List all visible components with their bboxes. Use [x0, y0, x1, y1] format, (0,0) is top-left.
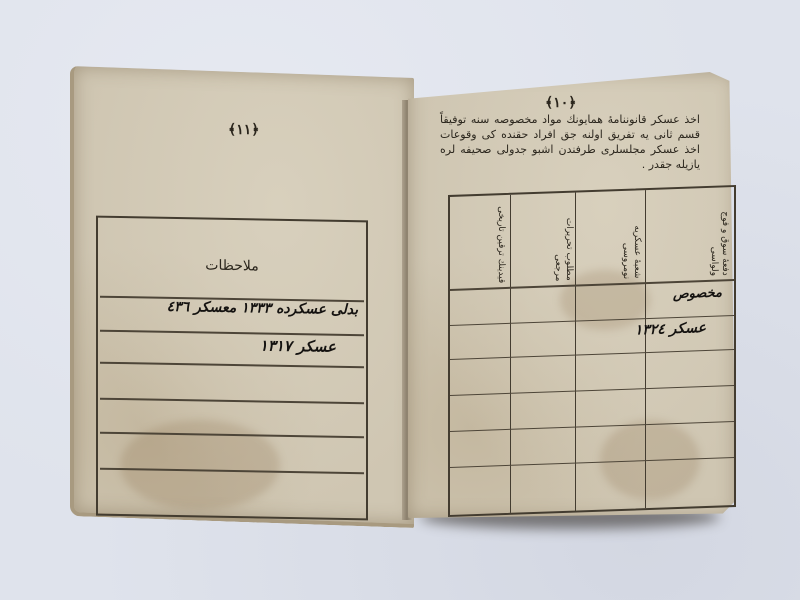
ruled-line: [100, 330, 364, 337]
notes-title: ملاحظات: [98, 256, 366, 277]
ruled-line: [100, 362, 364, 369]
header-paragraph: اخذ عسکر قانوننامهٔ همایونك مواد مخصوصه …: [440, 112, 700, 172]
left-page-number: ﴿١١﴾: [228, 122, 259, 138]
column-header: مطلوب تحریرات مرجعی: [516, 201, 574, 283]
handwritten-entry-1: مخصوص: [673, 285, 722, 302]
column-header: شعبهٔ عسکریه نومروسی: [580, 198, 642, 280]
column-header: دفعهٔ سوق و فوج ولواسی: [672, 195, 730, 277]
register-table: دفعهٔ سوق و فوج ولواسی شعبهٔ عسکریه نومر…: [448, 185, 736, 517]
table-row-divider: [450, 385, 734, 396]
column-header: قیدینك ترقین تاریخی: [454, 203, 506, 285]
notes-box: ملاحظات بدلی عسکرده ١٣٣٣ معسکر ٤٣٦ عسکر …: [96, 216, 368, 521]
ruled-line: [100, 398, 364, 405]
handwritten-note-1: بدلی عسکرده ١٣٣٣ معسکر ٤٣٦: [167, 299, 358, 318]
ruled-line: [100, 432, 364, 439]
ruled-line: [100, 468, 364, 475]
handwritten-note-2: عسکر ١٣١٧: [260, 336, 336, 355]
table-row-divider: [450, 457, 734, 468]
handwritten-entry-2: عسکر ١٣٢٤: [635, 320, 706, 338]
table-row-divider: [450, 349, 734, 360]
right-page-number: ﴿١٠﴾: [545, 95, 576, 111]
table-row-divider: [450, 421, 734, 432]
